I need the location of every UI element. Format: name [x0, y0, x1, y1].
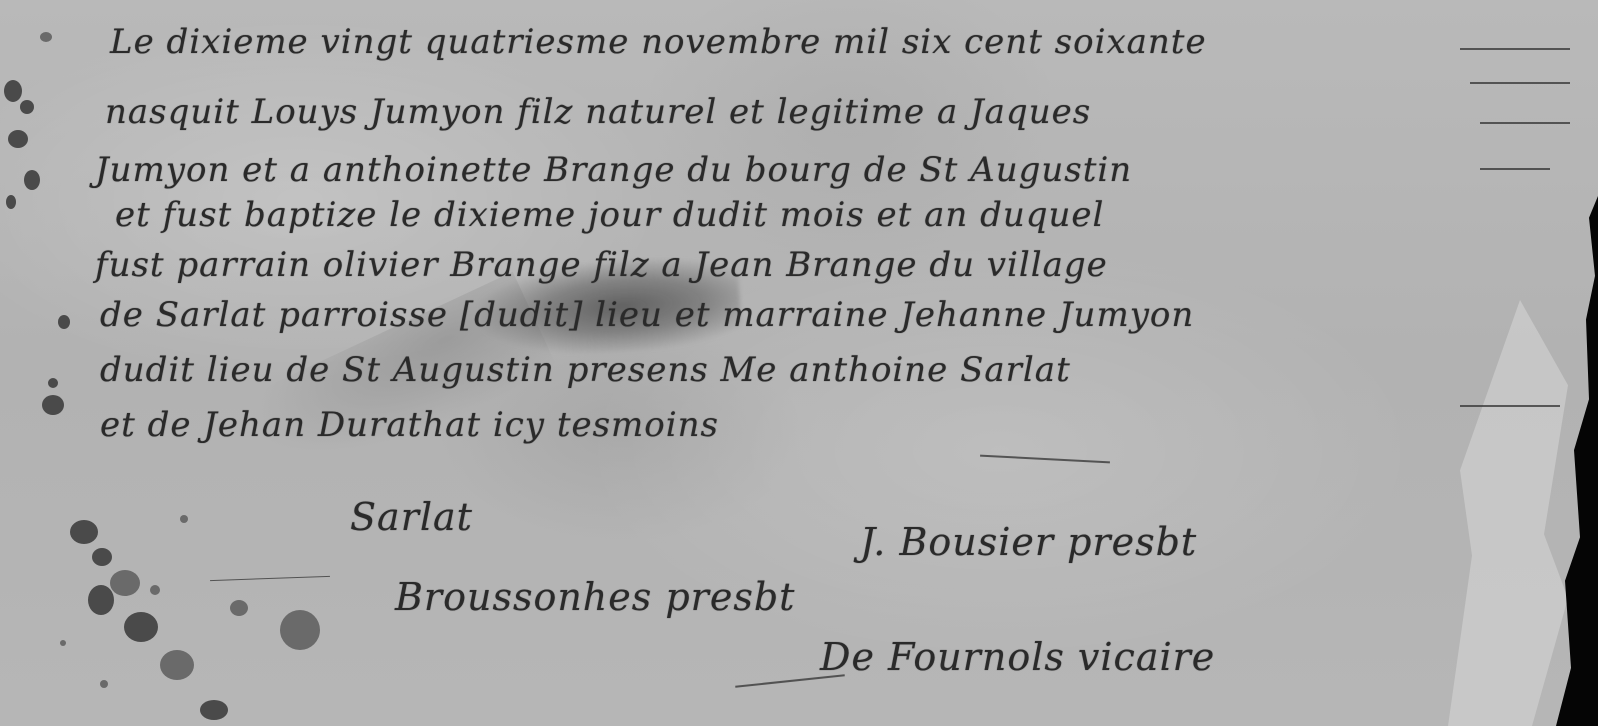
- document-page: Le dixieme vingt quatriesme novembre mil…: [0, 0, 1598, 726]
- torn-paper-fold: [1448, 300, 1568, 726]
- line-fill-rule: [1480, 168, 1550, 170]
- line-fill-rule: [1460, 405, 1560, 407]
- line-fill-rule: [1460, 48, 1570, 50]
- margin-stroke: [210, 576, 330, 581]
- record-line-4: et fust baptize le dixieme jour dudit mo…: [115, 195, 1104, 235]
- record-line-3: Jumyon et a anthoinette Brange du bourg …: [95, 150, 1132, 190]
- signature-flourish: [735, 674, 845, 687]
- line-fill-rule: [980, 455, 1110, 464]
- signature-fournols: De Fournols vicaire: [820, 635, 1215, 679]
- record-line-5: fust parrain olivier Brange filz a Jean …: [95, 245, 1108, 285]
- record-line-2: nasquit Louys Jumyon filz naturel et leg…: [105, 92, 1091, 132]
- signature-broussonhes: Broussonhes presbt: [395, 575, 795, 619]
- record-line-7: dudit lieu de St Augustin presens Me ant…: [100, 350, 1071, 390]
- record-line-1: Le dixieme vingt quatriesme novembre mil…: [110, 22, 1207, 62]
- signature-bousier: J. Bousier presbt: [860, 520, 1197, 564]
- line-fill-rule: [1480, 122, 1570, 124]
- signature-sarlat: Sarlat: [350, 495, 473, 539]
- record-line-8: et de Jehan Durathat icy tesmoins: [100, 405, 719, 445]
- record-line-6: de Sarlat parroisse [dudit] lieu et marr…: [100, 295, 1194, 335]
- line-fill-rule: [1470, 82, 1570, 84]
